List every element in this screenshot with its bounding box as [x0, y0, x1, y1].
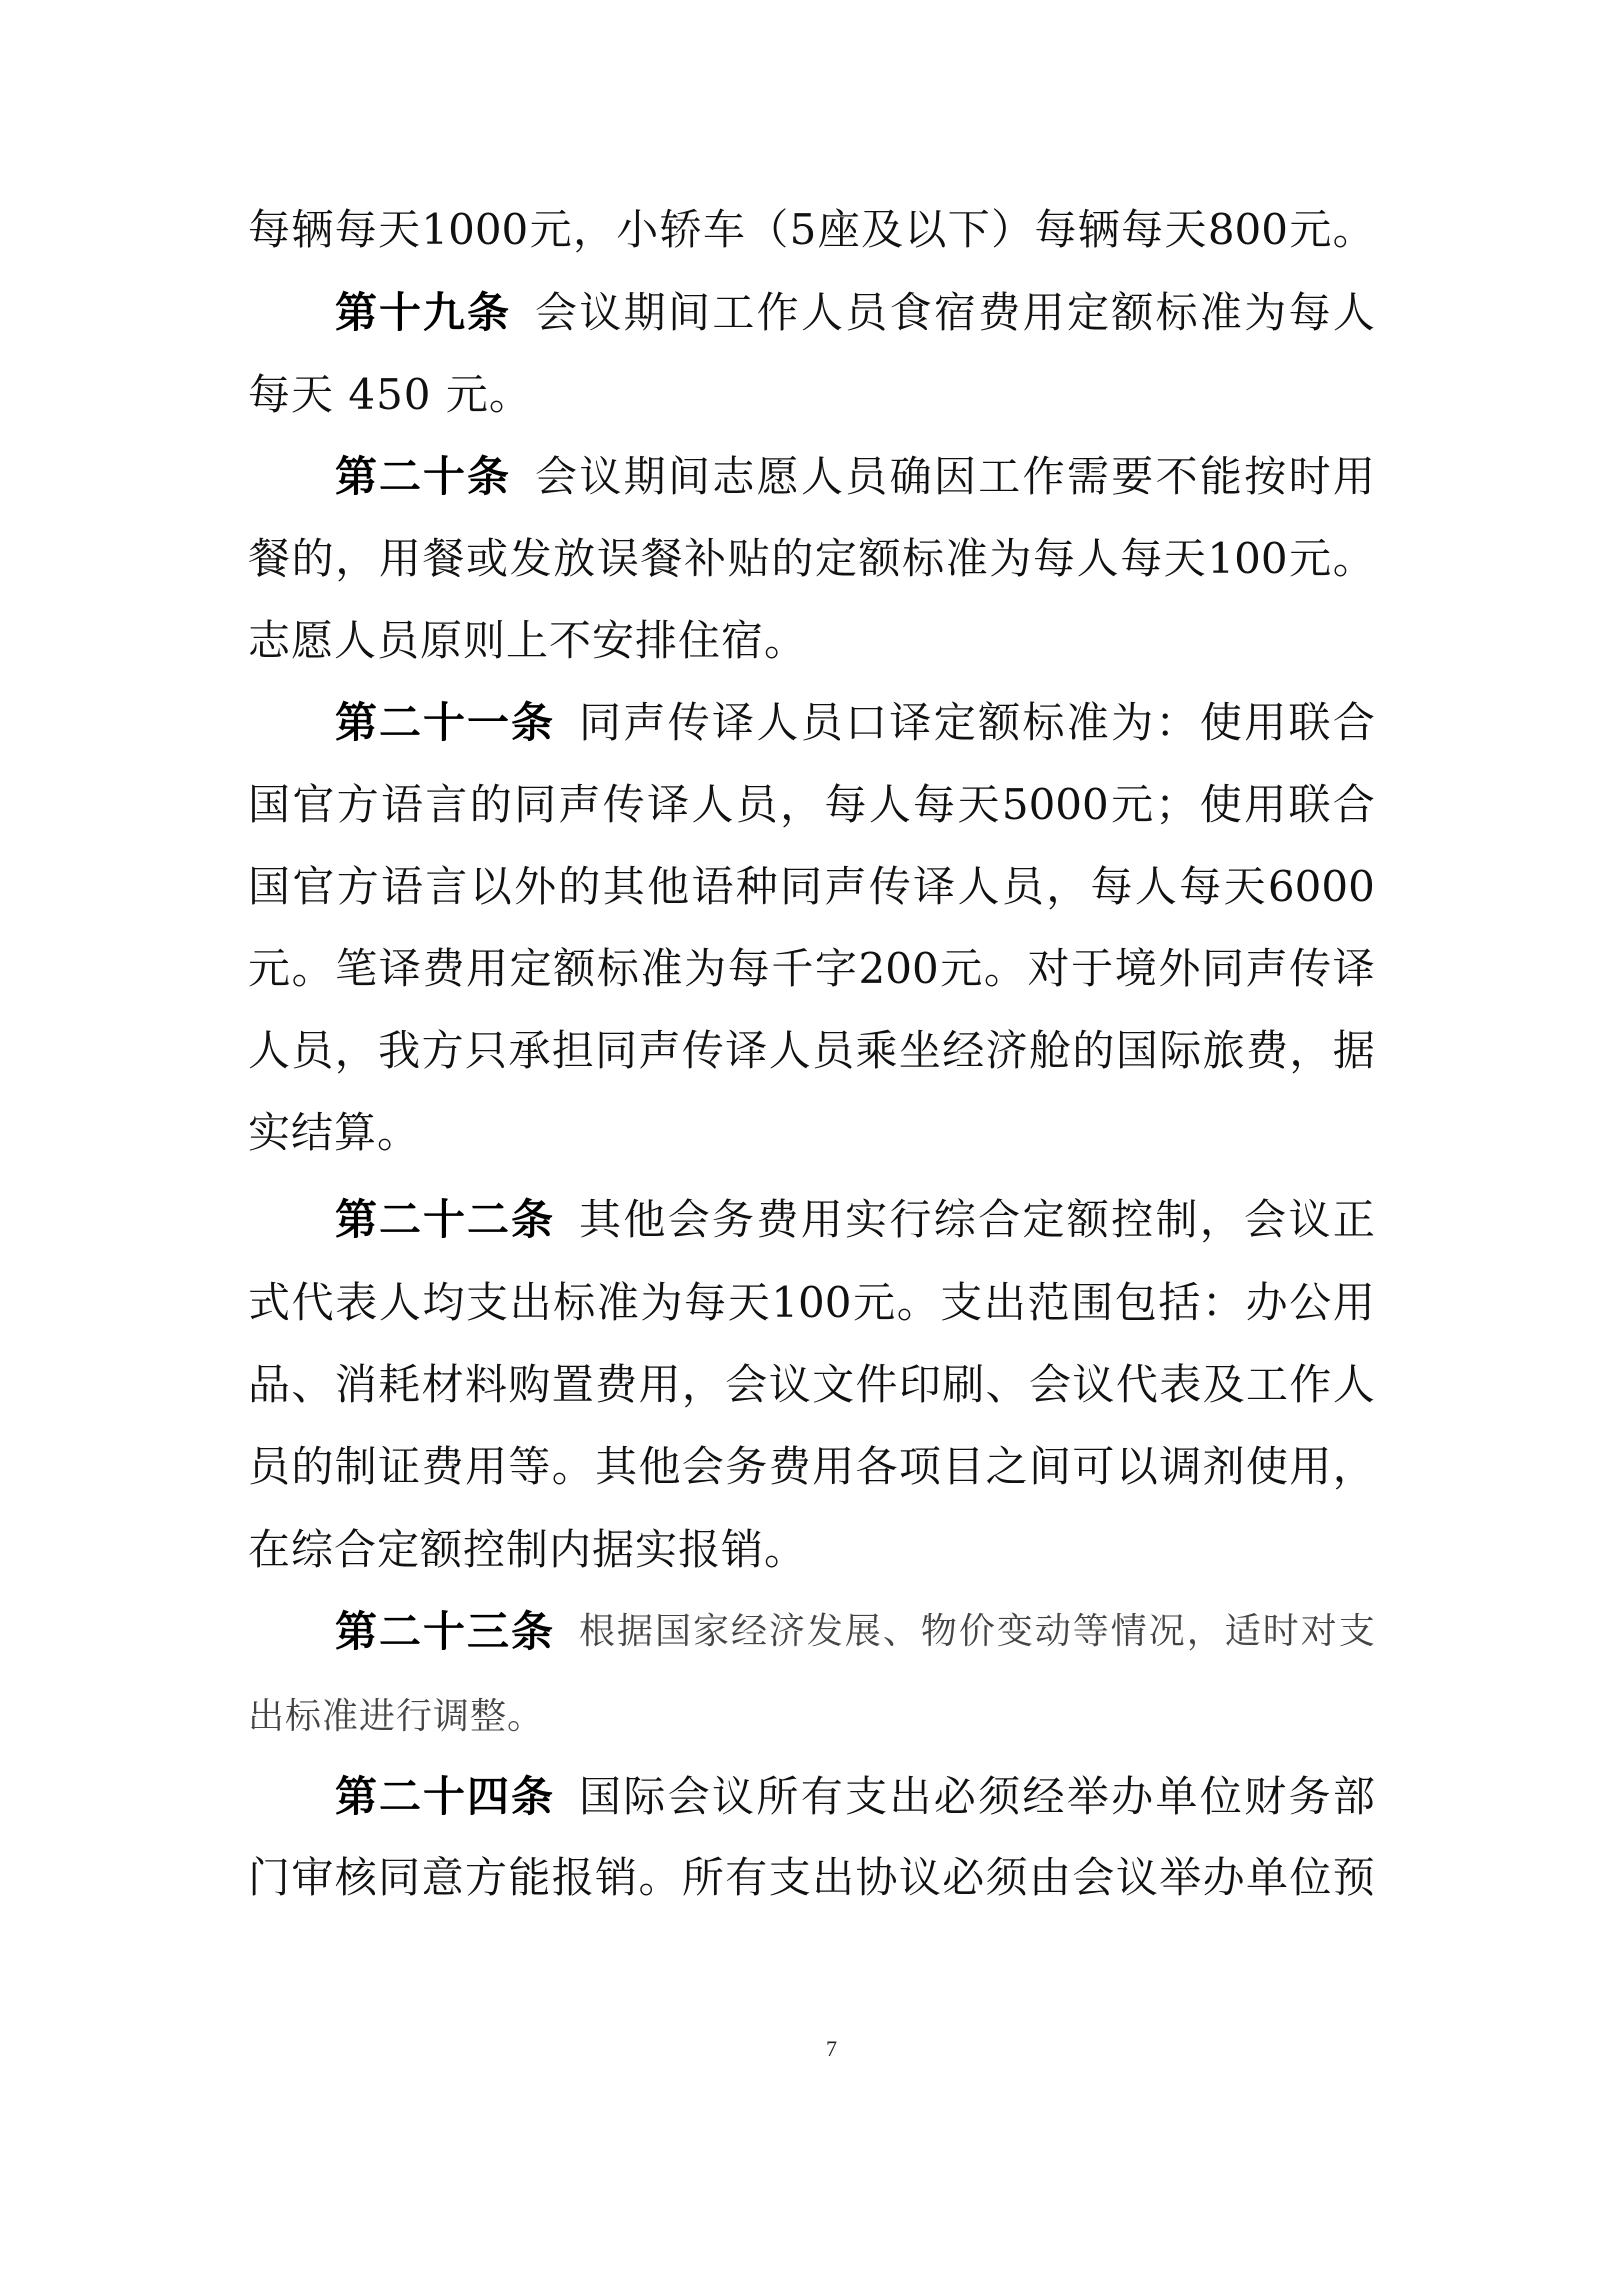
article-20: 第二十条 会议期间志愿人员确因工作需要不能按时用	[335, 447, 1375, 507]
text-line: 员的制证费用等。其他会务费用各项目之间可以调剂使用，	[248, 1437, 1375, 1497]
text-line: 餐的，用餐或发放误餐补贴的定额标准为每人每天100元。	[248, 529, 1375, 589]
paragraph-text: 式代表人均支出标准为每天100元。支出范围包括：办公用	[248, 1273, 1375, 1333]
text-line: 每天 450 元。	[248, 365, 1375, 425]
article-heading: 第二十四条	[335, 1767, 553, 1827]
paragraph-text: 元。笔译费用定额标准为每千字200元。对于境外同声传译	[248, 939, 1375, 999]
paragraph-text: 其他会务费用实行综合定额控制，会议正	[579, 1190, 1375, 1250]
text-line: 门审核同意方能报销。所有支出协议必须由会议举办单位预	[248, 1848, 1375, 1908]
article-24: 第二十四条 国际会议所有支出必须经举办单位财务部	[335, 1767, 1375, 1827]
text-line: 每辆每天1000元，小轿车（5座及以下）每辆每天800元。	[248, 200, 1375, 260]
paragraph-text: 每辆每天1000元，小轿车（5座及以下）每辆每天800元。	[248, 200, 1375, 260]
text-line: 元。笔译费用定额标准为每千字200元。对于境外同声传译	[248, 939, 1375, 999]
article-23: 第二十三条 根据国家经济发展、物价变动等情况，适时对支	[335, 1602, 1375, 1662]
paragraph-text: 同声传译人员口译定额标准为：使用联合	[579, 693, 1375, 753]
article-heading: 第二十一条	[335, 693, 553, 753]
paragraph-text: 会议期间工作人员食宿费用定额标准为每人	[535, 283, 1375, 343]
paragraph-text: 实结算。	[248, 1103, 420, 1163]
article-heading: 第十九条	[335, 283, 509, 343]
text-line: 式代表人均支出标准为每天100元。支出范围包括：办公用	[248, 1273, 1375, 1333]
paragraph-text: 根据国家经济发展、物价变动等情况，适时对支	[579, 1602, 1375, 1662]
text-line: 品、消耗材料购置费用，会议文件印刷、会议代表及工作人	[248, 1355, 1375, 1415]
paragraph-text: 国官方语言以外的其他语种同声传译人员，每人每天6000	[248, 857, 1375, 917]
article-heading: 第二十条	[335, 447, 509, 507]
text-line: 国官方语言的同声传译人员，每人每天5000元；使用联合	[248, 775, 1375, 835]
article-heading: 第二十三条	[335, 1602, 553, 1662]
article-19: 第十九条 会议期间工作人员食宿费用定额标准为每人	[335, 283, 1375, 343]
text-line: 实结算。	[248, 1103, 1375, 1163]
text-line: 志愿人员原则上不安排住宿。	[248, 611, 1375, 671]
article-21: 第二十一条 同声传译人员口译定额标准为：使用联合	[335, 693, 1375, 753]
paragraph-text: 在综合定额控制内据实报销。	[248, 1520, 807, 1580]
article-heading: 第二十二条	[335, 1190, 553, 1250]
paragraph-text: 人员，我方只承担同声传译人员乘坐经济舱的国际旅费，据	[248, 1021, 1375, 1081]
text-line: 人员，我方只承担同声传译人员乘坐经济舱的国际旅费，据	[248, 1021, 1375, 1081]
paragraph-text: 餐的，用餐或发放误餐补贴的定额标准为每人每天100元。	[248, 529, 1375, 589]
text-line: 出标准进行调整。	[248, 1687, 1375, 1747]
paragraph-text: 国际会议所有支出必须经举办单位财务部	[579, 1767, 1375, 1827]
document-page: 每辆每天1000元，小轿车（5座及以下）每辆每天800元。 第十九条 会议期间工…	[0, 0, 1620, 2292]
paragraph-text: 国官方语言的同声传译人员，每人每天5000元；使用联合	[248, 775, 1375, 835]
paragraph-text: 志愿人员原则上不安排住宿。	[248, 611, 807, 671]
paragraph-text: 门审核同意方能报销。所有支出协议必须由会议举办单位预	[248, 1848, 1375, 1908]
text-line: 在综合定额控制内据实报销。	[248, 1520, 1375, 1580]
text-line: 国官方语言以外的其他语种同声传译人员，每人每天6000	[248, 857, 1375, 917]
page-number: 7	[826, 2036, 837, 2062]
paragraph-text: 员的制证费用等。其他会务费用各项目之间可以调剂使用，	[248, 1437, 1375, 1497]
article-22: 第二十二条 其他会务费用实行综合定额控制，会议正	[335, 1190, 1375, 1250]
paragraph-text: 品、消耗材料购置费用，会议文件印刷、会议代表及工作人	[248, 1355, 1375, 1415]
paragraph-text: 会议期间志愿人员确因工作需要不能按时用	[535, 447, 1375, 507]
paragraph-text: 出标准进行调整。	[248, 1687, 544, 1747]
paragraph-text: 每天 450 元。	[248, 365, 532, 425]
